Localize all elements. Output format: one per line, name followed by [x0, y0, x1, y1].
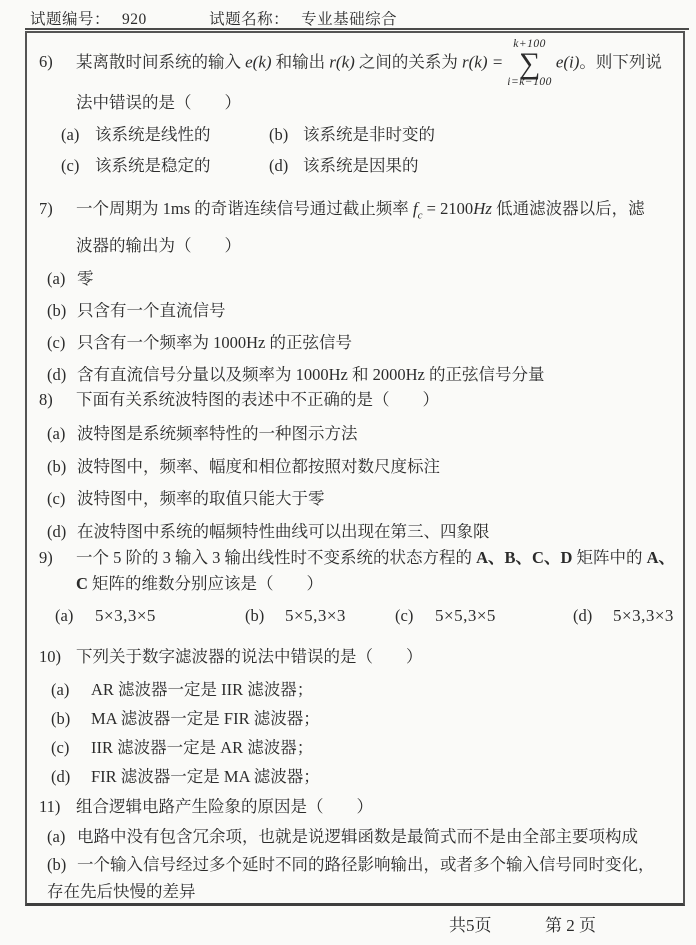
- output-variable: r(k): [329, 52, 354, 71]
- option-a: (a)AR 滤波器一定是 IIR 滤波器；: [51, 675, 666, 704]
- matrix-names-bold: A、B、C、D: [476, 548, 572, 567]
- question-7-number: 7): [39, 193, 76, 225]
- sum-lower-limit: i=k−100: [507, 77, 552, 89]
- option-c: (c)IIR 滤波器一定是 AR 滤波器；: [51, 733, 666, 762]
- total-pages: 共5页: [449, 911, 492, 936]
- option-c: (c)只含有一个频率为 1000Hz 的正弦信号: [47, 327, 662, 359]
- exam-number-value: 920: [122, 11, 147, 28]
- question-10-options: (a)AR 滤波器一定是 IIR 滤波器； (b)MA 滤波器一定是 FIR 滤…: [27, 675, 679, 791]
- question-area: 6)某离散时间系统的输入 e(k) 和输出 r(k) 之间的关系为 r(k) =…: [25, 31, 685, 906]
- question-6-number: 6): [39, 52, 76, 73]
- question-11-stem: 11)组合逻辑电路产生险象的原因是（ ）: [27, 793, 679, 821]
- question-7-stem: 7)一个周期为 1ms 的奇谐连续信号通过截止频率 fc = 2100Hz 低通…: [27, 193, 679, 231]
- option-d: (d)在波特图中系统的幅频特性曲线可以出现在第三、四象限: [47, 516, 662, 549]
- formula-lhs: r(k) =: [462, 52, 503, 71]
- sigma-symbol: ∑: [519, 52, 540, 76]
- exam-number-label: 试题编号：: [30, 11, 110, 28]
- question-10: 10)下列关于数字滤波器的说法中错误的是（ ） (a)AR 滤波器一定是 IIR…: [27, 641, 679, 791]
- option-b: (b)一个输入信号经过多个延时不同的路径影响输出，或者多个输入信号同时变化，存在…: [47, 851, 662, 906]
- question-8-options: (a)波特图是系统频率特性的一种图示方法 (b)波特图中，频率、幅度和相位都按照…: [27, 418, 679, 548]
- option-d: (d)5×3,3×3: [573, 601, 674, 631]
- question-7: 7)一个周期为 1ms 的奇谐连续信号通过截止频率 fc = 2100Hz 低通…: [27, 193, 679, 391]
- frequency-subscript: c: [418, 209, 423, 221]
- option-a: (a)该系统是线性的: [61, 119, 269, 150]
- option-b: (b)5×5,3×3: [245, 601, 395, 631]
- question-6: 6)某离散时间系统的输入 e(k) 和输出 r(k) 之间的关系为 r(k) =…: [27, 39, 679, 181]
- option-c: (c)波特图中，频率的取值只能大于零: [47, 483, 662, 516]
- question-7-options: (a)零 (b)只含有一个直流信号 (c)只含有一个频率为 1000Hz 的正弦…: [27, 263, 679, 391]
- option-c: (c)5×5,3×5: [395, 601, 573, 631]
- question-8-stem: 8)下面有关系统波特图的表述中不正确的是（ ）: [27, 384, 679, 416]
- question-10-number: 10): [39, 641, 76, 673]
- question-6-stem: 6)某离散时间系统的输入 e(k) 和输出 r(k) 之间的关系为 r(k) =…: [27, 39, 679, 88]
- option-b: (b)MA 滤波器一定是 FIR 滤波器；: [51, 704, 666, 733]
- header-divider: [25, 28, 689, 30]
- current-page: 第 2 页: [545, 911, 596, 936]
- question-9-stem-line2: C 矩阵的维数分别应该是（ ）: [76, 571, 679, 597]
- option-d: (d)FIR 滤波器一定是 MA 滤波器；: [51, 762, 666, 791]
- question-6-stem-line2: 法中错误的是（ ）: [76, 88, 679, 118]
- question-6-options: (a)该系统是线性的 (b)该系统是非时变的 (c)该系统是稳定的 (d)该系统…: [61, 119, 679, 181]
- page-footer: 共5页 第 2 页: [0, 911, 696, 941]
- option-a: (a)电路中没有包含冗余项，也就是说逻辑函数是最简式而不是由全部主要项构成: [47, 823, 662, 851]
- option-d: (d)该系统是因果的: [269, 150, 679, 181]
- question-9-number: 9): [39, 545, 76, 571]
- question-9: 9)一个 5 阶的 3 输入 3 输出线性时不变系统的状态方程的 A、B、C、D…: [27, 545, 679, 631]
- question-11-options: (a)电路中没有包含冗余项，也就是说逻辑函数是最简式而不是由全部主要项构成 (b…: [27, 823, 679, 906]
- sum-argument: e(i): [556, 52, 580, 71]
- question-8-number: 8): [39, 384, 76, 416]
- question-8: 8)下面有关系统波特图的表述中不正确的是（ ） (a)波特图是系统频率特性的一种…: [27, 384, 679, 548]
- option-b: (b)该系统是非时变的: [269, 119, 679, 150]
- option-b: (b)只含有一个直流信号: [47, 295, 662, 327]
- exam-name-value: 专业基础综合: [301, 11, 397, 28]
- question-10-stem: 10)下列关于数字滤波器的说法中错误的是（ ）: [27, 641, 679, 673]
- matrix-c-bold: C: [76, 574, 88, 593]
- page-header: 试题编号：920 试题名称：专业基础综合: [30, 7, 397, 29]
- input-variable: e(k): [245, 52, 271, 71]
- option-a: (a)5×3,3×5: [55, 601, 245, 631]
- question-7-stem-line2: 波器的输出为（ ）: [76, 231, 679, 261]
- option-a: (a)零: [47, 263, 662, 295]
- question-9-stem: 9)一个 5 阶的 3 输入 3 输出线性时不变系统的状态方程的 A、B、C、D…: [27, 545, 679, 571]
- question-11: 11)组合逻辑电路产生险象的原因是（ ） (a)电路中没有包含冗余项，也就是说逻…: [27, 793, 679, 906]
- option-c: (c)该系统是稳定的: [61, 150, 269, 181]
- question-11-number: 11): [39, 793, 76, 821]
- option-a: (a)波特图是系统频率特性的一种图示方法: [47, 418, 662, 451]
- matrix-a-bold: A、: [647, 548, 675, 567]
- option-b: (b)波特图中，频率、幅度和相位都按照对数尺度标注: [47, 451, 662, 484]
- frequency-value: = 2100: [427, 199, 473, 218]
- exam-name-label: 试题名称：: [209, 11, 289, 28]
- frequency-unit: Hz: [473, 199, 492, 218]
- summation-formula: k+100∑i=k−100: [507, 39, 552, 88]
- question-9-options: (a)5×3,3×5 (b)5×5,3×3 (c)5×5,3×5 (d)5×3,…: [55, 601, 679, 631]
